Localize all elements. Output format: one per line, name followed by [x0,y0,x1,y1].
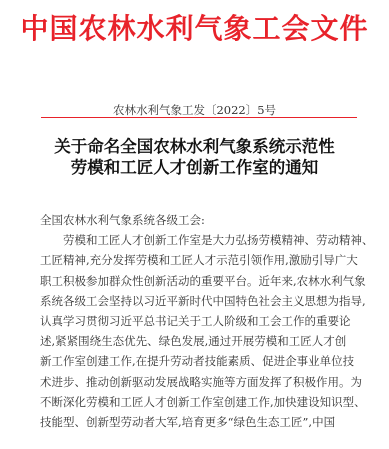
notice-body: 全国农林水利气象系统各级工会: 劳模和工匠人才创新工作室是大力弘扬劳模精神、劳动… [40,210,352,432]
body-line: 术进步、推动创新驱动发展战略实施等方面发挥了积极作用。为 [40,372,352,392]
body-line: 述,紧紧围绕生态优先、绿色发展,通过开展劳模和工匠人才创 [40,331,352,351]
body-line: 技能型、创新型劳动者大军,培育更多“绿色生态工匠”,中国 [40,412,352,432]
notice-title: 关于命名全国农林水利气象系统示范性 劳模和工匠人才创新工作室的通知 [0,136,389,178]
salutation: 全国农林水利气象系统各级工会: [40,210,352,230]
document-number: 农林水利气象工发〔2022〕5号 [0,103,389,117]
body-line: 工匠精神,充分发挥劳模和工匠人才示范引领作用,激励引导广大 [40,250,352,270]
body-line: 新工作室创建工作,在提升劳动者技能素质、促进企事业单位技 [40,351,352,371]
body-line: 职工积极参加群众性创新活动的重要平台。近年来,农林水利气象 [40,271,352,291]
body-paragraph: 劳模和工匠人才创新工作室是大力弘扬劳模精神、劳动精神、 工匠精神,充分发挥劳模和… [40,230,352,432]
body-line: 不断深化劳模和工匠人才创新工作室创建工作,加快建设知识型、 [40,392,352,412]
notice-title-line-1: 关于命名全国农林水利气象系统示范性 [0,136,389,157]
body-line: 系统各级工会坚持以习近平新时代中国特色社会主义思想为指导, [40,291,352,311]
notice-title-line-2: 劳模和工匠人才创新工作室的通知 [0,157,389,178]
red-divider-line [41,117,357,118]
issuing-organization-title: 中国农林水利气象工会文件 [0,12,389,46]
body-line: 劳模和工匠人才创新工作室是大力弘扬劳模精神、劳动精神、 [40,230,352,250]
body-line: 认真学习贯彻习近平总书记关于工人阶级和工会工作的重要论 [40,311,352,331]
